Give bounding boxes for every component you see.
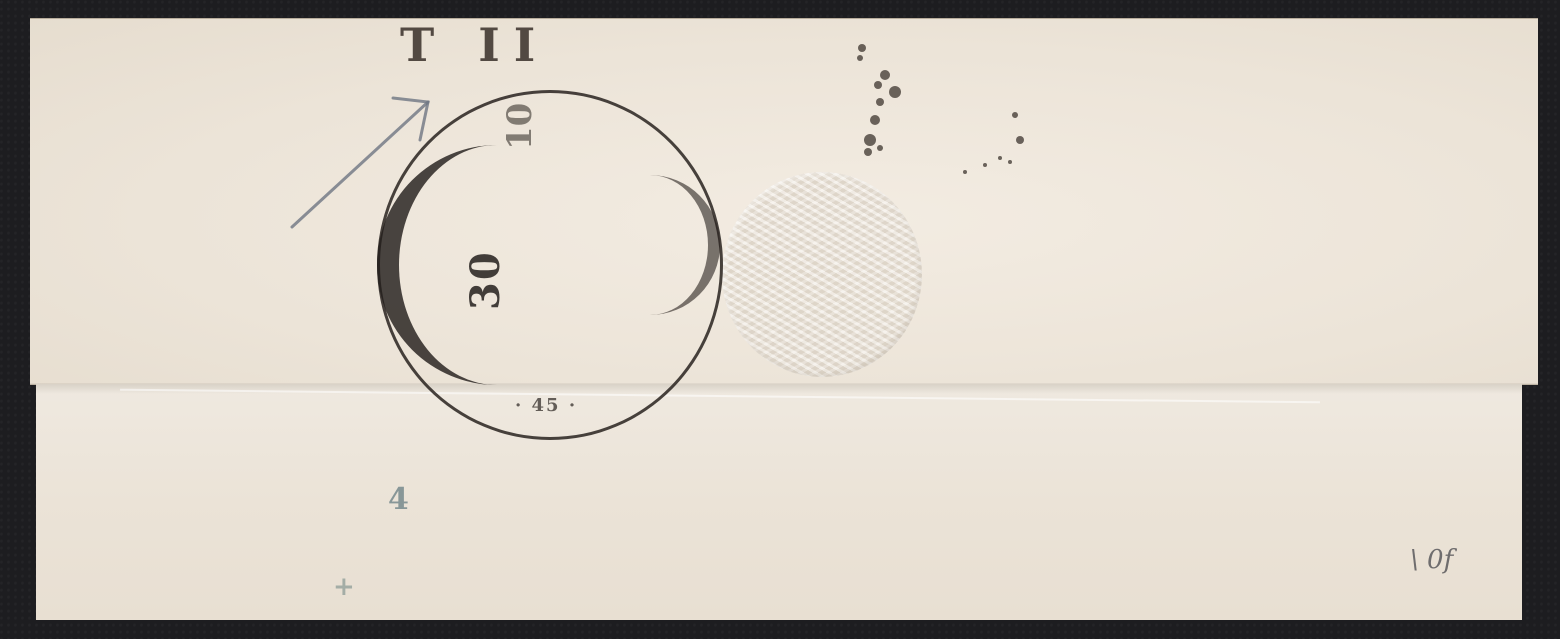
blue-ink-mark: 4 [388,482,409,517]
ink-spots-icon [840,40,1040,180]
cover-bottom-panel [36,384,1522,620]
pencil-notation: \ 0f [1410,545,1453,575]
postmark-year: · 45 · [515,395,577,416]
fold-line [36,384,1522,394]
postmark-day: 30 [462,250,509,310]
handstamp-marking: T II [400,18,549,72]
postmark-month: 10 [500,103,540,150]
embossed-seal-icon [722,172,922,377]
postal-cover: T II 30 10 · 45 · 4 + \ 0f [0,0,1560,639]
faint-cross-mark: + [333,572,355,602]
